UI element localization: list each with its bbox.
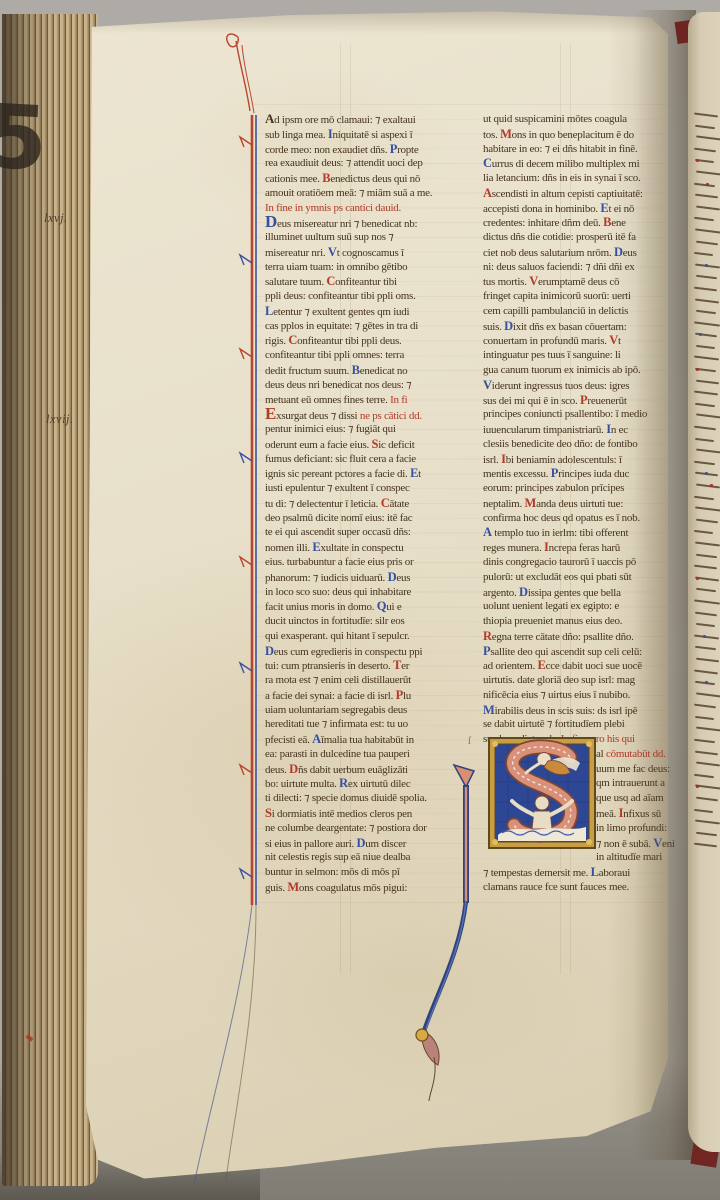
manuscript-text-line: confiteantur tibi ppli omnes: terra xyxy=(265,348,465,363)
marginal-flourish-bar xyxy=(180,25,270,1190)
manuscript-text-line: Deus misereatur nri ⁊ benedicat nb: xyxy=(265,215,465,230)
facing-page-text-stroke xyxy=(694,551,720,563)
facing-page-text-stroke xyxy=(694,829,720,841)
facing-page-text-stroke xyxy=(694,296,720,308)
facing-page-text-stroke xyxy=(694,632,720,644)
initial-descender-flourish xyxy=(400,735,490,1115)
manuscript-text-line: nomen illi. Exultate in conspectu xyxy=(265,540,465,555)
facing-page-text-stroke xyxy=(694,817,720,829)
manuscript-text-line: salutare tuum. Confiteantur tibi xyxy=(265,274,465,289)
facing-page-text-stroke xyxy=(694,620,720,632)
facing-page-text-stroke xyxy=(694,110,720,122)
manuscript-text-line: rea exaudiuit deus: ⁊ attendit uoci dep xyxy=(265,156,465,171)
facing-page-text-stroke xyxy=(694,307,720,319)
facing-page-text-stroke xyxy=(694,794,720,806)
facing-page-text-stroke xyxy=(694,504,720,516)
facing-page-text-stroke xyxy=(694,133,720,145)
facing-page-text-stroke xyxy=(694,481,720,493)
manuscript-text-line: hereditati tue ⁊ infirmata est: tu uo xyxy=(265,717,465,732)
facing-page-text-stroke xyxy=(694,284,720,296)
fore-edge-red-mark xyxy=(26,1034,34,1042)
facing-page-text-stroke xyxy=(694,168,720,180)
facing-page-text-stroke xyxy=(694,388,720,400)
manuscript-text-line: deo psalmū dicite nomī eius: itē fac xyxy=(265,511,465,526)
facing-page-text-stroke xyxy=(694,724,720,736)
manuscript-text-line: fumus deficiant: sic fluit cera a facie xyxy=(265,452,465,467)
facing-page-edge xyxy=(688,12,720,1152)
manuscript-text-line: Deus cum egredieris in conspectu ppi xyxy=(265,644,465,659)
facing-page-text-stroke xyxy=(694,782,720,794)
manuscript-text-line: eius. turbabuntur a facie eius pris or xyxy=(265,555,465,570)
facing-page-text-stroke xyxy=(694,527,720,539)
manuscript-text-line: sub linga mea. Iniquitatē si aspexi ī xyxy=(265,127,465,142)
facing-page-text-stroke xyxy=(694,516,720,528)
manuscript-text-line: In fine in ymnis ps cantici dauid. xyxy=(265,201,465,216)
facing-page-text-stroke xyxy=(694,342,720,354)
manuscript-text-line: Exsurgat deus ⁊ dissi ne ps cātici dd. xyxy=(265,407,465,422)
facing-page-text-stroke xyxy=(694,319,720,331)
facing-page-text-stroke xyxy=(694,435,720,447)
facing-page-text-stroke xyxy=(694,597,720,609)
facing-page-text-stroke xyxy=(694,272,720,284)
facing-page-text-stroke xyxy=(694,562,720,574)
facing-page-text-stroke xyxy=(694,214,720,226)
manuscript-text-line: ppli deus: confiteantur tibi ppli oms. xyxy=(265,289,465,304)
facing-page-text-stroke xyxy=(694,667,720,679)
manuscript-text-line: illuminet uultum suū sup nos ⁊ xyxy=(265,230,465,245)
manuscript-text-line: iusti epulentur ⁊ exultent ī conspec xyxy=(265,481,465,496)
manuscript-text-line: cas pplos in equitate: ⁊ gētes in tra di xyxy=(265,319,465,334)
facing-page-text-stroke xyxy=(694,238,720,250)
facing-page-text-stroke xyxy=(694,713,720,725)
manuscript-text-line: corde meo: non exaudiet dñs. Propte xyxy=(265,142,465,157)
manuscript-text-line: Ad ipsm ore mō clamaui: ⁊ exaltaui xyxy=(265,112,465,127)
manuscript-text-line: cationis mee. Benedictus deus qui nō xyxy=(265,171,465,186)
facing-page-text-stroke xyxy=(694,539,720,551)
facing-page-text-stroke xyxy=(694,574,720,586)
facing-page-text-stroke xyxy=(694,353,720,365)
facing-page-text-stroke xyxy=(694,330,720,342)
facing-page-text-lines xyxy=(694,110,720,852)
manuscript-text-line: misereatur nri. Vt cognoscamus ī xyxy=(265,245,465,260)
illuminated-initial-s xyxy=(488,737,596,849)
facing-page-text-stroke xyxy=(694,771,720,783)
manuscript-text-line: ducit uinctos in fortitudīe: silr eos xyxy=(265,614,465,629)
facing-page-text-stroke xyxy=(694,156,720,168)
facing-page-text-stroke xyxy=(694,249,720,261)
manuscript-text-line: deus deus nri benedicat nos deus: ⁊ xyxy=(265,378,465,393)
manuscript-text-line: Letentur ⁊ exultent gentes qm iudi xyxy=(265,304,465,319)
facing-page-text-stroke xyxy=(694,226,720,238)
facing-page-text-stroke xyxy=(694,261,720,273)
manuscript-photo: { "page": { "foredge_numeral": "5", "mar… xyxy=(0,0,720,1200)
manuscript-text-line: qui exasperant. qui hitant ī sepulcr. xyxy=(265,629,465,644)
facing-page-text-stroke xyxy=(694,458,720,470)
facing-page-text-stroke xyxy=(694,400,720,412)
manuscript-text-line: dedit fructum suum. Benedicat no xyxy=(265,363,465,378)
manuscript-text-line: ra mota est ⁊ enim celi distillauerūt xyxy=(265,673,465,688)
manuscript-text-line: terra uiam tuam: in omnibo gētibo xyxy=(265,260,465,275)
manuscript-text-line: rigis. Confiteantur tibi ppli deus. xyxy=(265,333,465,348)
manuscript-text-line: metuant eū omnes fines terre. In fi xyxy=(265,393,465,408)
facing-page-text-stroke xyxy=(694,122,720,134)
margin-psalm-number-67: lxvij. xyxy=(46,412,74,427)
facing-page-text-stroke xyxy=(694,191,720,203)
facing-page-text-stroke xyxy=(694,411,720,423)
facing-page-text-stroke xyxy=(694,469,720,481)
fore-edge-numeral: 5 xyxy=(0,84,50,190)
manuscript-text-line: tu di: ⁊ delectentur ī leticia. Cātate xyxy=(265,496,465,511)
facing-page-text-stroke xyxy=(694,678,720,690)
facing-page-text-stroke xyxy=(694,180,720,192)
facing-page-text-stroke xyxy=(694,446,720,458)
manuscript-text-line: te ei qui ascendit super occasū dñs: xyxy=(265,525,465,540)
facing-page-text-stroke xyxy=(694,493,720,505)
gutter-shadow xyxy=(634,10,696,1160)
manuscript-text-line: oderunt eum a facie eius. Sic deficit xyxy=(265,437,465,452)
facing-page-text-stroke xyxy=(694,585,720,597)
manuscript-text-line: ignis sic pereant pctores a facie di. Et xyxy=(265,466,465,481)
manuscript-text-line: pentur inimici eius: ⁊ fugiāt qui xyxy=(265,422,465,437)
facing-page-text-stroke xyxy=(694,701,720,713)
manuscript-text-line: uiam uoluntariam segregabis deus xyxy=(265,703,465,718)
facing-page-text-stroke xyxy=(694,609,720,621)
facing-page-text-stroke xyxy=(694,748,720,760)
facing-page-text-stroke xyxy=(694,203,720,215)
facing-page-text-stroke xyxy=(694,365,720,377)
facing-page-text-stroke xyxy=(694,736,720,748)
facing-page-text-stroke xyxy=(694,690,720,702)
margin-psalm-number-66: lxvj. xyxy=(44,211,68,226)
manuscript-text-line: amouit oratiōem meā: ⁊ miām suā a me. xyxy=(265,186,465,201)
facing-page-text-stroke xyxy=(694,655,720,667)
manuscript-text-line: a facie dei synai: a facie di isrl. Plu xyxy=(265,688,465,703)
manuscript-text-line: facit unius moris in domo. Qui e xyxy=(265,599,465,614)
book-fore-edge: 5 xyxy=(2,14,98,1186)
manuscript-text-line: tui: cum ptransieris in deserto. Ter xyxy=(265,658,465,673)
manuscript-text-line: phanorum: ⁊ iudicis uiduarū. Deus xyxy=(265,570,465,585)
facing-page-text-stroke xyxy=(694,806,720,818)
facing-page-text-stroke xyxy=(694,759,720,771)
facing-page-text-stroke xyxy=(694,643,720,655)
facing-page-text-stroke xyxy=(694,423,720,435)
manuscript-text-line: in loco sco suo: deus qui inhabitare xyxy=(265,585,465,600)
facing-page-text-stroke xyxy=(694,840,720,852)
facing-page-text-stroke xyxy=(694,145,720,157)
facing-page-text-stroke xyxy=(694,377,720,389)
